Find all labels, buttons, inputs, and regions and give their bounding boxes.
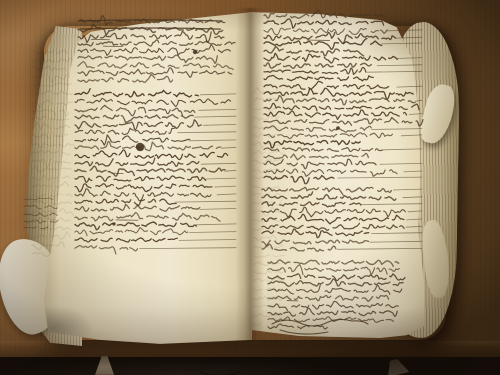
manuscript-photo: 6 — [0, 0, 500, 375]
photo-vignette — [0, 0, 500, 375]
